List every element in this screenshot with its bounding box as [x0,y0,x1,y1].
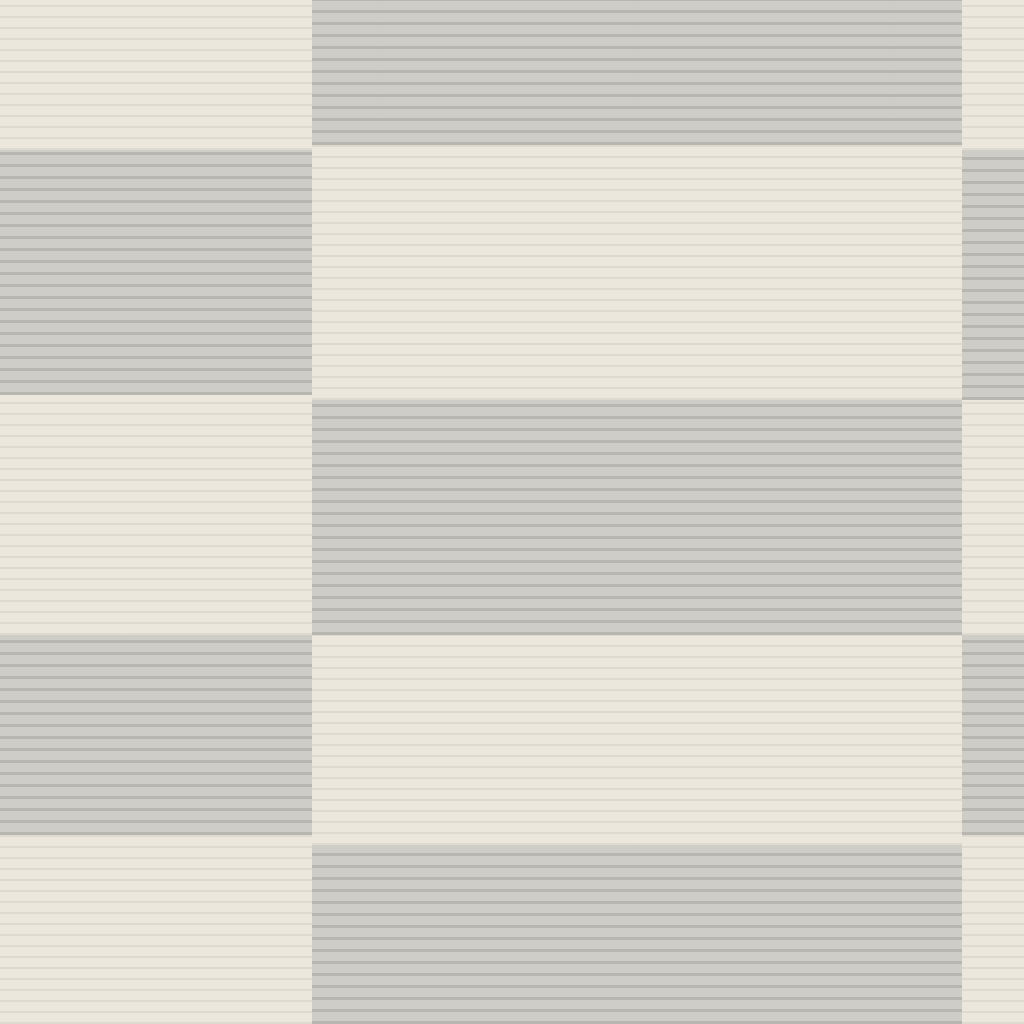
rug-block-grey [312,400,962,635]
rug-block-ivory [0,835,312,1024]
rug-block-grey [0,635,312,835]
rug-block-grey [0,150,312,395]
rug-block-ivory [0,0,312,150]
rug-block-ivory [962,0,1024,150]
wool-rug-texture: Close-up photograph of a hand-loomed woo… [0,0,1024,1024]
rug-block-grey [962,635,1024,835]
rug-block-ivory [312,145,962,400]
rug-block-ivory [962,400,1024,635]
rug-block-grey [312,0,962,145]
rug-block-ivory [0,395,312,635]
rug-block-grey [962,150,1024,400]
rug-block-ivory [312,635,962,845]
rug-block-ivory [962,835,1024,1024]
rug-block-grey [312,845,962,1024]
